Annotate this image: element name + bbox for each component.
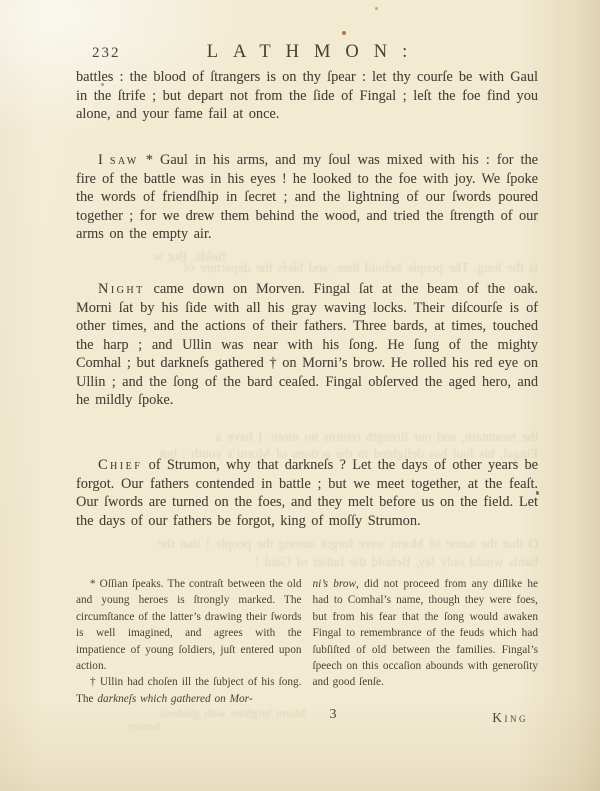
footnote-text: , did not proceed from any diſlike he ha…	[313, 578, 539, 688]
body-paragraph: Night came down on Morven. Fingal ſat at…	[76, 280, 538, 410]
paragraph-smallcaps: Chief	[98, 457, 142, 473]
book-page: fields. But w is the ſong. The people be…	[0, 0, 600, 791]
paragraph-text: battles : the blood of ſtrangers is on t…	[76, 69, 538, 122]
footnotes: * Oſſian ſpeaks. The contraſt between th…	[76, 576, 538, 707]
running-head: 232 LATHMON:	[76, 42, 538, 66]
page-number: 232	[92, 45, 121, 62]
show-through-text: the mountain, and our ſtrength returns n…	[150, 429, 538, 445]
show-through-text: bards would only ſay, Behold the father …	[76, 554, 538, 570]
paragraph-smallcaps: Night	[98, 281, 145, 297]
signature-mark: 3	[305, 707, 361, 723]
show-through-text: is the ſong. The people behold thee, and…	[76, 260, 538, 276]
footnote-column-right: ni’s brow, did not proceed from any diſl…	[313, 576, 539, 707]
show-through-text: battles :	[76, 718, 160, 734]
footnote-ossian: * Oſſian ſpeaks. The contraſt between th…	[76, 576, 302, 674]
footnote-column-left: * Oſſian ſpeaks. The contraſt between th…	[76, 576, 302, 707]
paragraph-text: of Strumon, why that darkneſs ? Let the …	[76, 457, 538, 529]
footnote-ullin: † Ullin had choſen ill the ſubject of hi…	[76, 674, 302, 707]
footnote-continuation: ni’s brow, did not proceed from any diſl…	[313, 576, 539, 691]
foxing-speck	[375, 7, 378, 10]
paragraph-text: * Gaul in his arms, and my ſoul was mixe…	[76, 152, 538, 242]
paragraph-text: came down on Morven. Fingal ſat at the b…	[76, 281, 538, 408]
running-title: LATHMON:	[76, 42, 538, 63]
foxing-speck	[342, 31, 346, 35]
show-through-text: O that the name of Morni were forgot amo…	[76, 536, 538, 552]
catchword: King	[492, 710, 528, 726]
show-through-text: fields. But w	[76, 249, 226, 265]
body-paragraph: I saw * Gaul in his arms, and my ſoul wa…	[76, 151, 538, 244]
show-through-text: Morni brighten with gladneſs	[76, 705, 306, 721]
body-paragraph: Chief of Strumon, why that darkneſs ? Le…	[76, 456, 538, 530]
body-paragraph: battles : the blood of ſtrangers is on t…	[76, 68, 538, 124]
paragraph-lead: I	[98, 152, 110, 168]
footnote-italic-text: ni’s brow	[313, 578, 357, 590]
footnote-italic-text: darkneſs which gathered on Mor-	[97, 693, 252, 705]
footnote-text: * Oſſian ſpeaks. The contraſt between th…	[76, 578, 302, 672]
paragraph-smallcaps: saw	[110, 152, 139, 168]
